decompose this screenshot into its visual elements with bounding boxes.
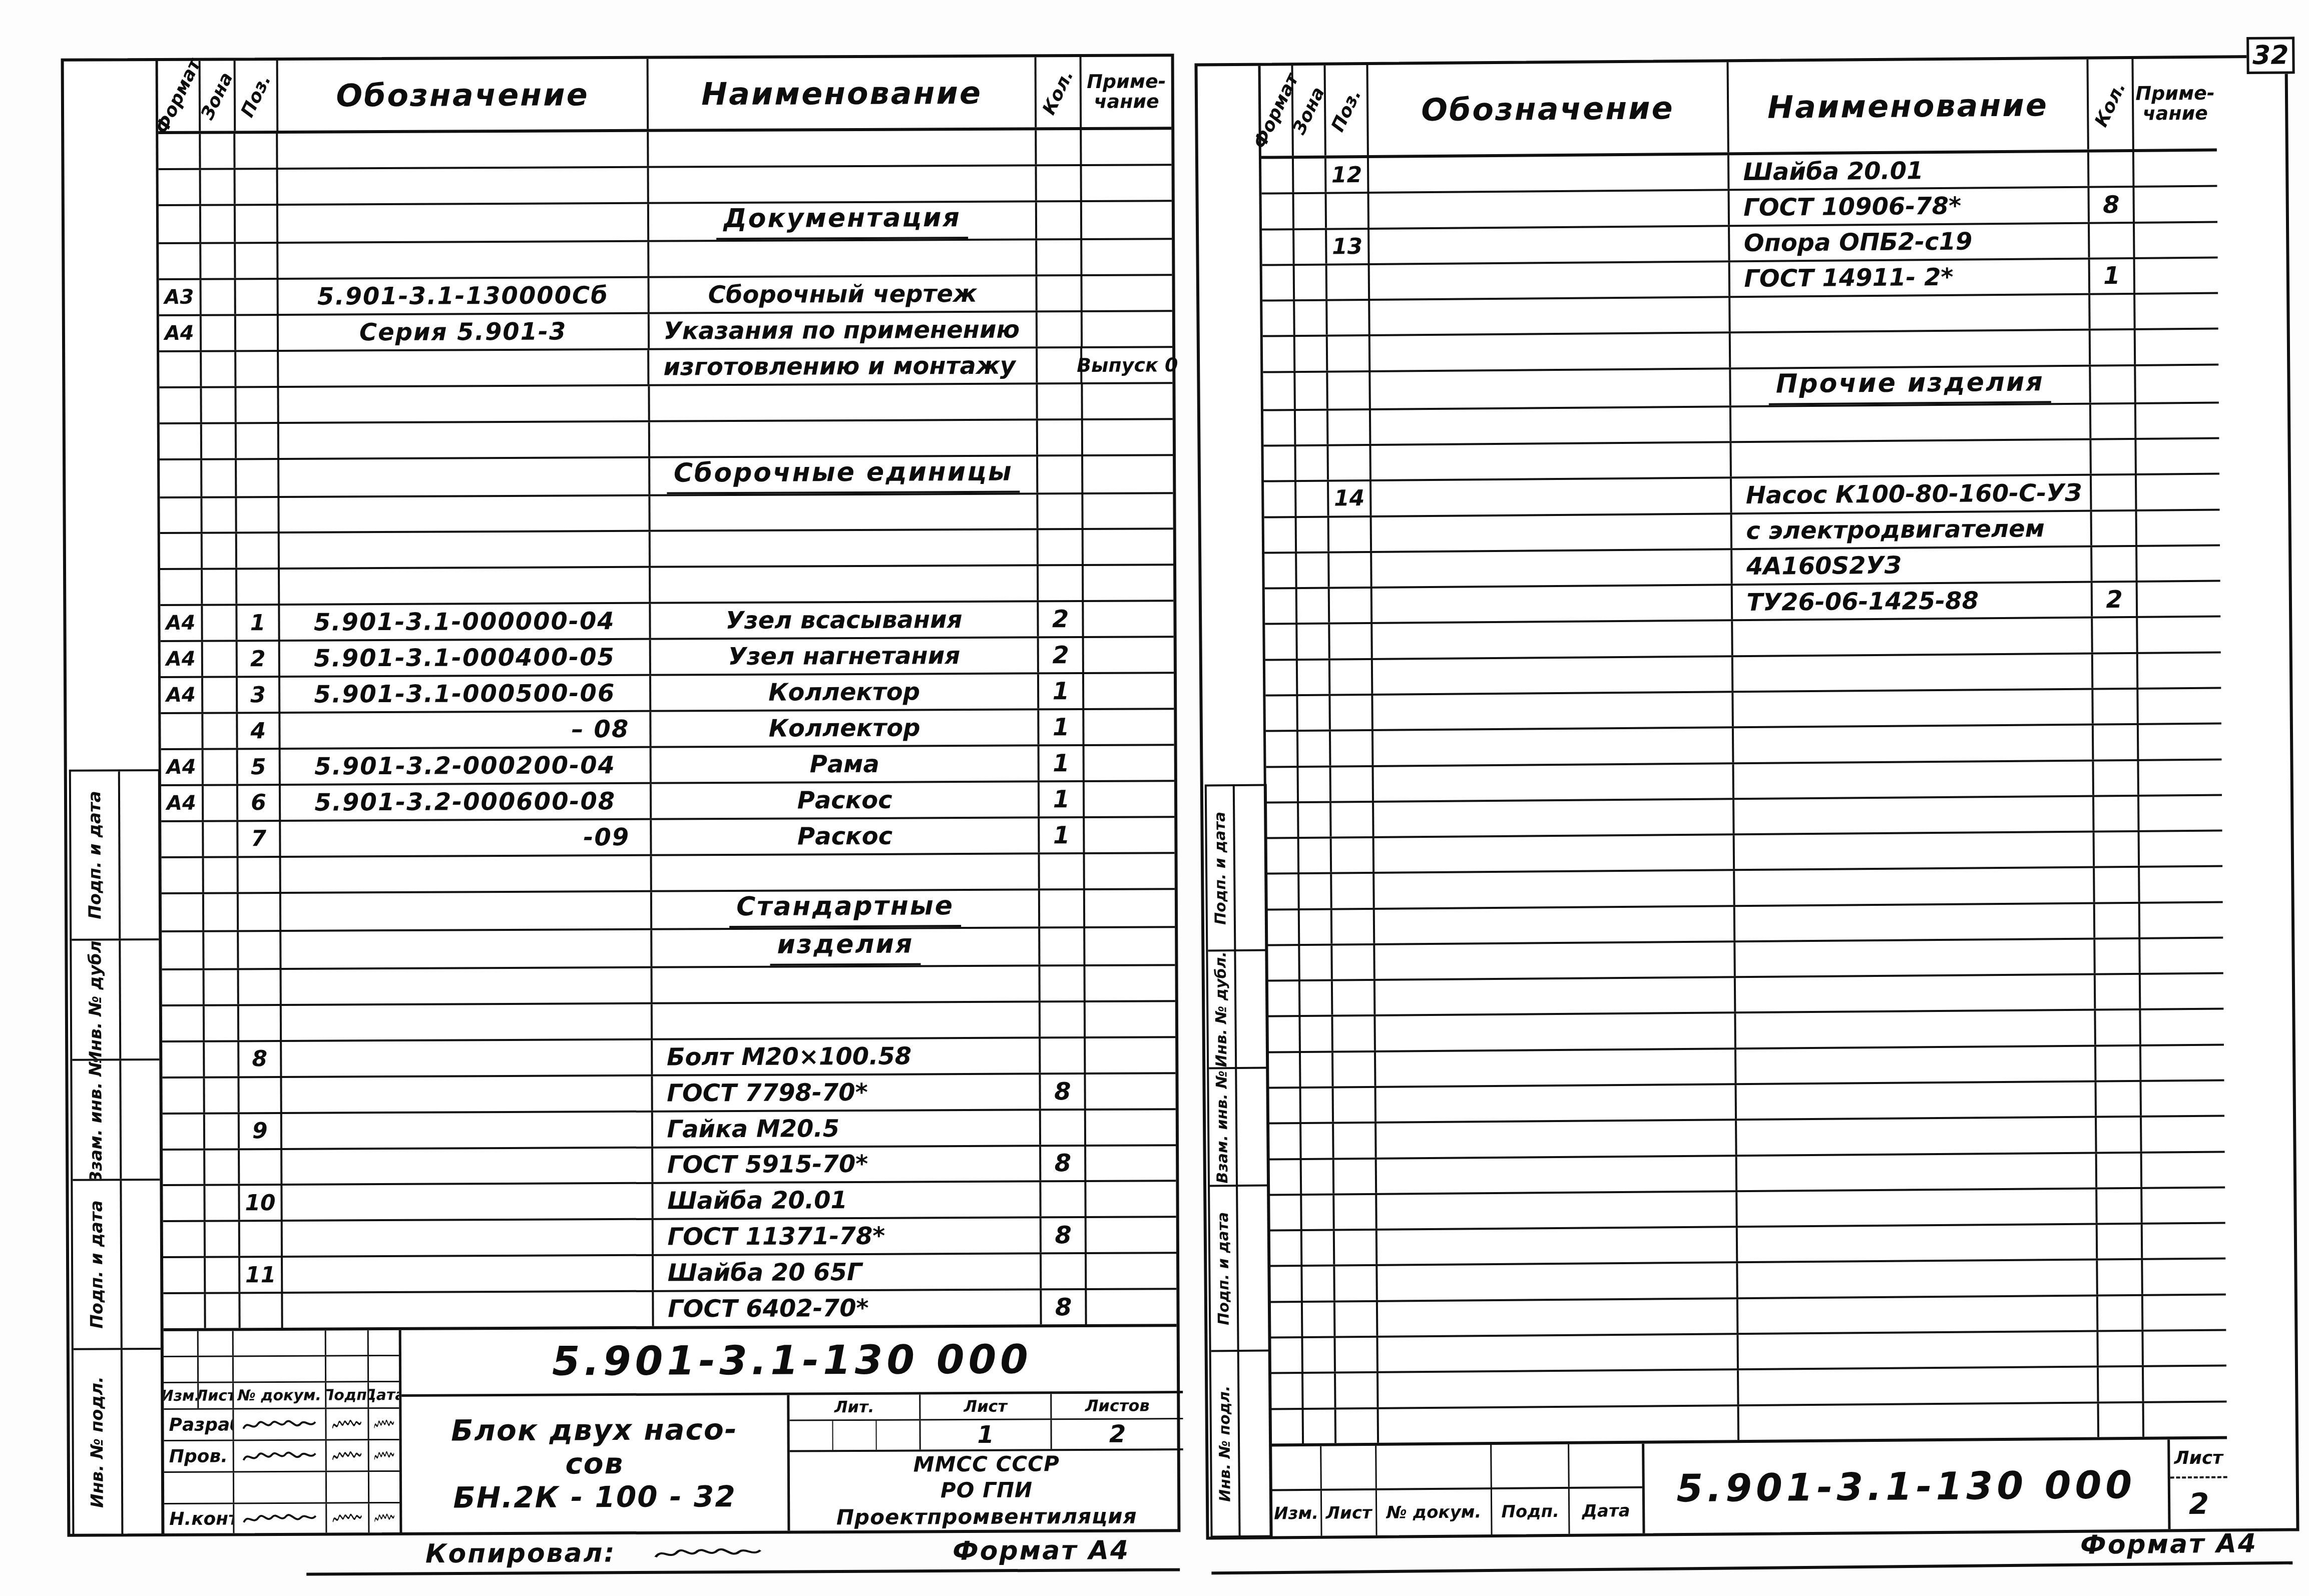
table-cell-f bbox=[161, 822, 204, 856]
right-bottom-block: Изм. Лист № докум. Подп. Дата 5.901-3.1-… bbox=[1271, 1436, 2227, 1536]
table-cell-q bbox=[1041, 966, 1086, 1000]
table-cell-p bbox=[1330, 696, 1373, 730]
table-cell-z bbox=[1295, 337, 1328, 371]
table-cell-o bbox=[2138, 582, 2220, 617]
table-cell-q bbox=[1037, 130, 1082, 164]
table-row bbox=[160, 420, 1173, 460]
table-row bbox=[160, 494, 1173, 535]
change-row bbox=[1271, 1444, 1642, 1491]
table-cell-z bbox=[203, 642, 238, 676]
table-cell-p bbox=[1335, 1338, 1378, 1372]
table-cell-z bbox=[1303, 1338, 1335, 1372]
table-row bbox=[158, 130, 1171, 170]
table-cell-z bbox=[1303, 1302, 1335, 1336]
table-cell-d bbox=[1375, 907, 1735, 943]
table-cell-f bbox=[161, 714, 203, 748]
sheet-label: Лист bbox=[2170, 1439, 2227, 1479]
table-cell-d bbox=[1375, 1014, 1736, 1050]
table-cell-p bbox=[235, 134, 278, 168]
table-cell-p: 12 bbox=[1326, 158, 1369, 192]
table-cell-n: Указания по применению bbox=[649, 312, 1038, 348]
table-cell-p: 10 bbox=[240, 1186, 283, 1220]
header-note: Приме-чание bbox=[2134, 59, 2217, 149]
table-cell-n: ГОСТ 10906-78* bbox=[1729, 188, 2090, 225]
table-cell-d bbox=[1376, 1049, 1736, 1086]
table-row: 10Шайба 20.01 bbox=[163, 1182, 1176, 1223]
table-cell-f bbox=[163, 1150, 205, 1184]
developer-date-scribble bbox=[369, 1409, 399, 1439]
normcontrol-name-scribble bbox=[234, 1504, 327, 1533]
header-designation: Обозначение bbox=[1368, 62, 1729, 155]
table-cell-p bbox=[1328, 372, 1371, 409]
table-cell-q bbox=[2090, 295, 2135, 329]
sidebar-cell: Взам. инв. № bbox=[1209, 1069, 1268, 1187]
table-cell-n bbox=[1735, 868, 2095, 905]
right-frame-sidebar: Подп. и дата Инв. № дубл. Взам. инв. № П… bbox=[1205, 784, 1273, 1538]
left-page-frame: Подп. и дата Инв. № дубл. Взам. инв. № П… bbox=[61, 54, 1181, 1537]
table-cell-q: 2 bbox=[1039, 602, 1084, 636]
table-cell-o bbox=[1084, 530, 1173, 565]
table-cell-q bbox=[1042, 1182, 1087, 1216]
table-cell-d bbox=[1374, 871, 1735, 908]
table-cell-p bbox=[236, 280, 279, 314]
table-cell-f: А4 bbox=[161, 642, 203, 676]
table-cell-d bbox=[1373, 693, 1733, 729]
table-cell-d bbox=[279, 532, 650, 568]
table-cell-n bbox=[1733, 619, 2093, 655]
table-cell-p bbox=[240, 1078, 282, 1112]
table-cell-q: 1 bbox=[1039, 674, 1084, 708]
table-cell-q: 2 bbox=[1039, 638, 1084, 672]
table-cell-z bbox=[202, 388, 237, 422]
table-cell-n: Узел нагнетания bbox=[651, 639, 1039, 674]
table-cell-d bbox=[283, 1256, 654, 1292]
table-cell-q bbox=[2098, 1225, 2143, 1259]
table-cell-p: 2 bbox=[238, 642, 280, 676]
table-cell-f bbox=[1269, 1160, 1302, 1194]
table-cell-o bbox=[1087, 1218, 1176, 1253]
table-cell-p bbox=[1334, 1159, 1377, 1193]
table-cell-o bbox=[1086, 1182, 1176, 1217]
table-cell-f bbox=[162, 1078, 205, 1112]
table-cell-o bbox=[2137, 475, 2219, 509]
table-cell-f bbox=[1264, 554, 1297, 588]
table-cell-z bbox=[201, 280, 236, 314]
table-cell-p bbox=[1328, 410, 1371, 444]
change-header-row: Изм. Лист № докум. Подп. Дата bbox=[1272, 1488, 1643, 1536]
table-row bbox=[159, 384, 1172, 424]
table-cell-f: А4 bbox=[161, 786, 204, 820]
table-cell-n: Коллектор bbox=[651, 710, 1040, 746]
table-cell-n: ГОСТ 14911- 2* bbox=[1730, 259, 2090, 296]
table-cell-f bbox=[160, 424, 202, 458]
table-cell-q: 8 bbox=[1042, 1146, 1087, 1180]
table-cell-p bbox=[1335, 1231, 1377, 1265]
table-cell-o bbox=[2136, 365, 2218, 402]
table-cell-z bbox=[206, 1294, 241, 1328]
sidebar-cell: Подп. и дата bbox=[1210, 1187, 1269, 1352]
table-cell-o bbox=[2142, 1117, 2224, 1152]
table-cell-z bbox=[1302, 1231, 1335, 1265]
document-number: 5.901-3.1-130 000 bbox=[401, 1327, 1183, 1396]
table-cell-z bbox=[205, 1186, 240, 1220]
table-cell-z bbox=[1298, 696, 1330, 730]
table-cell-p bbox=[236, 206, 278, 242]
table-cell-o bbox=[2137, 510, 2220, 545]
table-cell-d bbox=[279, 386, 650, 421]
table-cell-o bbox=[2141, 974, 2223, 1009]
table-cell-d: 5.901-3.2-000200-04 bbox=[280, 748, 651, 784]
table-cell-d bbox=[1375, 978, 1736, 1014]
table-row: изделия bbox=[162, 928, 1175, 970]
table-cell-f bbox=[159, 170, 201, 204]
table-cell-o bbox=[1086, 1038, 1175, 1073]
table-cell-d bbox=[1377, 1157, 1737, 1193]
table-cell-n bbox=[1733, 654, 2093, 691]
table-cell-p bbox=[1329, 517, 1372, 551]
table-cell-z bbox=[205, 1114, 240, 1148]
table-cell-o bbox=[2144, 1402, 2227, 1437]
table-cell-n: ГОСТ 7798-70* bbox=[653, 1075, 1041, 1110]
table-cell-n: ГОСТ 5915-70* bbox=[653, 1147, 1042, 1182]
table-cell-f bbox=[1267, 839, 1299, 873]
table-cell-z bbox=[202, 460, 237, 496]
table-cell-o bbox=[1082, 276, 1172, 310]
table-cell-f bbox=[1270, 1231, 1302, 1265]
sidebar-label: Подп. и дата bbox=[71, 771, 121, 938]
role-row-checker: Пров. bbox=[164, 1440, 399, 1473]
table-cell-d bbox=[278, 168, 649, 204]
developer-signature-scribble bbox=[326, 1409, 369, 1439]
table-cell-p bbox=[1333, 1016, 1375, 1050]
table-row: А455.901-3.2-000200-04Рама1 bbox=[161, 746, 1174, 786]
table-cell-z bbox=[202, 352, 237, 386]
table-cell-p bbox=[237, 424, 279, 458]
table-cell-q: 8 bbox=[1042, 1218, 1087, 1252]
table-cell-z bbox=[1295, 372, 1328, 409]
sidebar-cell: Взам. инв. № bbox=[72, 1060, 160, 1181]
table-cell-n bbox=[1737, 1225, 2098, 1262]
table-cell-n bbox=[1739, 1403, 2099, 1440]
table-cell-q bbox=[2094, 725, 2139, 759]
role-row-normcontrol: Н.контр. bbox=[164, 1503, 399, 1533]
table-cell-p bbox=[239, 1006, 282, 1040]
sidebar-label: Инв. № дубл. bbox=[1208, 951, 1237, 1067]
header-name: Наименование bbox=[1728, 60, 2089, 153]
table-cell-q bbox=[2092, 440, 2137, 474]
table-cell-f bbox=[1269, 1196, 1302, 1230]
table-cell-q: 1 bbox=[2090, 259, 2135, 293]
table-cell-n: Шайба 20.01 bbox=[1729, 153, 2089, 189]
table-cell-n bbox=[1731, 404, 2091, 441]
table-cell-f bbox=[1263, 337, 1295, 371]
table-cell-p: 5 bbox=[238, 750, 281, 784]
table-cell-f bbox=[162, 858, 204, 892]
header-format: Формат bbox=[1260, 66, 1293, 156]
table-cell-z bbox=[1301, 1052, 1333, 1087]
table-cell-o bbox=[1085, 782, 1174, 816]
table-cell-p bbox=[236, 352, 279, 386]
table-cell-z bbox=[1296, 410, 1328, 444]
table-cell-n bbox=[652, 854, 1040, 890]
table-cell-f bbox=[1268, 1017, 1300, 1051]
table-cell-q bbox=[2095, 903, 2140, 937]
table-cell-d: 5.901-3.1-000400-05 bbox=[280, 640, 651, 676]
table-cell-n: Документация bbox=[649, 202, 1038, 240]
table-cell-n bbox=[1738, 1332, 2099, 1369]
table-cell-q bbox=[2092, 475, 2137, 509]
table-cell-d bbox=[1369, 227, 1730, 263]
table-cell-o bbox=[1082, 202, 1172, 238]
table-cell-d bbox=[1371, 478, 1732, 515]
table-cell-d bbox=[1377, 1192, 1737, 1229]
sidebar-box bbox=[121, 940, 159, 1058]
table-cell-f bbox=[1270, 1338, 1303, 1372]
table-cell-q bbox=[1038, 276, 1083, 310]
table-row: 11Шайба 20 65Г bbox=[163, 1254, 1176, 1294]
table-cell-d: – 08 bbox=[280, 712, 651, 748]
table-cell-o bbox=[2139, 796, 2222, 830]
table-cell-o bbox=[2137, 546, 2220, 581]
table-cell-q bbox=[2093, 654, 2138, 688]
role-row-empty bbox=[164, 1472, 399, 1504]
table-cell-z bbox=[204, 858, 239, 892]
table-cell-d bbox=[282, 1004, 653, 1039]
title-block-main: 5.901-3.1-130 000 Блок двух насо- сов БН… bbox=[401, 1327, 1184, 1532]
right-page-frame: 32 Подп. и дата Инв. № дубл. Взам. инв. … bbox=[1194, 55, 2299, 1539]
table-cell-d: 5.901-3.2-000600-08 bbox=[281, 784, 652, 820]
sidebar-cell: Инв. № подл. bbox=[74, 1350, 162, 1534]
header-name: Наименование bbox=[649, 57, 1037, 129]
table-cell-p bbox=[237, 534, 280, 568]
table-cell-d bbox=[1372, 622, 1733, 658]
table-cell-f bbox=[1268, 1053, 1301, 1087]
table-row: 7-09Раскос1 bbox=[161, 818, 1174, 858]
table-cell-o bbox=[2143, 1260, 2225, 1294]
table-cell-n bbox=[652, 966, 1041, 1002]
table-cell-p bbox=[1326, 194, 1369, 228]
table-cell-d bbox=[281, 856, 652, 892]
table-cell-z bbox=[202, 534, 237, 568]
table-cell-d bbox=[1373, 657, 1733, 694]
table-cell-p bbox=[1334, 1195, 1377, 1229]
table-cell-q bbox=[2097, 1189, 2142, 1223]
table-cell-d bbox=[280, 568, 651, 604]
table-cell-p bbox=[1336, 1373, 1378, 1407]
table-cell-n: Рама bbox=[651, 746, 1040, 782]
table-cell-n bbox=[1738, 1261, 2098, 1297]
table-cell-p bbox=[239, 970, 282, 1004]
table-cell-f: А4 bbox=[161, 750, 204, 784]
left-page-footer: Копировал: Формат А4 bbox=[306, 1532, 1180, 1575]
table-cell-d bbox=[1370, 334, 1731, 370]
table-cell-f bbox=[162, 970, 205, 1004]
table-cell-q bbox=[1041, 928, 1086, 964]
sidebar-cell: Инв. № дубл. bbox=[1208, 951, 1267, 1070]
sheets-total: 2 bbox=[1052, 1419, 1183, 1449]
sidebar-cell: Подп. и дата bbox=[71, 771, 159, 941]
table-cell-q: 1 bbox=[1040, 782, 1085, 816]
table-cell-n bbox=[1738, 1296, 2098, 1333]
table-cell-q: 8 bbox=[1041, 1075, 1086, 1109]
sidebar-label: Инв. № подл. bbox=[1211, 1352, 1241, 1535]
sidebar-label: Взам. инв. № bbox=[72, 1060, 122, 1179]
sidebar-box bbox=[1239, 1352, 1271, 1535]
table-cell-q: 8 bbox=[1042, 1290, 1087, 1324]
table-cell-o bbox=[2142, 1188, 2225, 1223]
table-cell-f bbox=[1267, 910, 1300, 944]
table-cell-o bbox=[2140, 938, 2223, 973]
table-cell-p bbox=[237, 388, 279, 422]
table-cell-z bbox=[1294, 230, 1327, 264]
table-cell-q bbox=[2092, 511, 2137, 545]
normcontrol-date-scribble bbox=[369, 1503, 399, 1532]
table-cell-q bbox=[1039, 530, 1084, 564]
table-cell-d bbox=[1377, 1264, 1738, 1300]
table-cell-q bbox=[1038, 240, 1083, 274]
table-cell-f bbox=[1262, 266, 1295, 300]
table-cell-p: 8 bbox=[239, 1042, 282, 1076]
table-cell-d: 5.901-3.1-000500-06 bbox=[280, 676, 651, 712]
table-cell-f bbox=[1262, 301, 1295, 335]
table-cell-q bbox=[2096, 975, 2141, 1009]
table-cell-f bbox=[1265, 625, 1297, 659]
table-cell-p bbox=[1335, 1302, 1378, 1336]
table-row bbox=[159, 166, 1172, 206]
table-cell-f bbox=[160, 460, 202, 496]
table-row: ГОСТ 6402-70*8 bbox=[163, 1290, 1176, 1328]
table-cell-f bbox=[163, 1186, 205, 1220]
table-cell-d bbox=[1371, 514, 1732, 551]
table-cell-f bbox=[1265, 696, 1298, 730]
table-cell-n: Узел всасывания bbox=[651, 603, 1039, 638]
table-cell-d bbox=[282, 1076, 653, 1112]
table-cell-o bbox=[1084, 674, 1174, 708]
table-cell-p: 9 bbox=[240, 1114, 282, 1148]
table-cell-n bbox=[1736, 1046, 2096, 1083]
table-cell-n: Прочие изделия bbox=[1731, 366, 2091, 405]
table-cell-f bbox=[1266, 732, 1298, 766]
table-cell-z bbox=[1295, 265, 1327, 299]
table-cell-o bbox=[2135, 258, 2218, 293]
table-cell-z bbox=[205, 1150, 240, 1184]
table-cell-n bbox=[1737, 1189, 2098, 1226]
table-cell-n bbox=[1731, 440, 2092, 477]
table-cell-f bbox=[1264, 482, 1296, 516]
table-cell-q bbox=[2097, 1153, 2142, 1187]
table-cell-z bbox=[204, 1006, 239, 1040]
sheet-number: 1 bbox=[920, 1420, 1052, 1449]
table-row: Сборочные единицы bbox=[160, 456, 1173, 498]
table-cell-n bbox=[1735, 904, 2095, 940]
table-cell-z bbox=[203, 606, 238, 640]
format-label: Формат А4 bbox=[953, 1535, 1130, 1566]
table-cell-o bbox=[1087, 1254, 1176, 1288]
table-cell-o bbox=[2134, 152, 2217, 186]
header-pos: Поз. bbox=[236, 61, 279, 131]
table-cell-f bbox=[1266, 768, 1299, 802]
table-cell-o bbox=[2138, 618, 2220, 652]
table-cell-p: 13 bbox=[1327, 229, 1369, 263]
table-cell-p bbox=[236, 244, 278, 278]
table-cell-f bbox=[1265, 589, 1297, 623]
lit-value-cells bbox=[789, 1420, 920, 1450]
table-cell-d bbox=[282, 1184, 653, 1220]
table-cell-z bbox=[1301, 1089, 1334, 1123]
table-cell-q bbox=[2091, 404, 2136, 438]
table-cell-z bbox=[1302, 1160, 1334, 1194]
table-cell-p bbox=[241, 1294, 283, 1328]
table-cell-n bbox=[1734, 833, 2095, 869]
table-cell-d bbox=[1369, 155, 1729, 192]
table-cell-o bbox=[1086, 966, 1175, 1000]
table-cell-f bbox=[1267, 946, 1300, 980]
table-cell-p: 1 bbox=[238, 606, 280, 640]
table-cell-p bbox=[237, 459, 279, 495]
sidebar-label: Инв. № подл. bbox=[74, 1350, 124, 1534]
sheet-label: Лист bbox=[920, 1394, 1052, 1419]
sheet-number: 2 bbox=[2170, 1478, 2228, 1529]
table-row: 8Болт М20×100.58 bbox=[162, 1038, 1175, 1079]
table-cell-q bbox=[2096, 1010, 2141, 1044]
table-cell-q bbox=[2091, 366, 2136, 403]
table-row: А415.901-3.1-000000-04Узел всасывания2 bbox=[160, 602, 1173, 642]
table-cell-f bbox=[1266, 803, 1299, 837]
table-cell-o bbox=[1082, 240, 1172, 274]
title-block: Изм. Лист № докум. Подп. Дата Разраб. Пр… bbox=[164, 1324, 1178, 1533]
table-cell-f bbox=[163, 1222, 206, 1256]
sheet-corner-number: 32 bbox=[2246, 37, 2295, 74]
table-cell-q: 1 bbox=[1040, 746, 1085, 780]
table-cell-p bbox=[1331, 803, 1374, 837]
table-cell-d bbox=[283, 1292, 654, 1328]
header-pos: Поз. bbox=[1325, 65, 1368, 156]
table-cell-z bbox=[203, 714, 238, 748]
title-block-signatures: Изм. Лист № докум. Подп. Дата Разраб. Пр… bbox=[164, 1330, 402, 1533]
table-cell-z bbox=[203, 750, 238, 784]
table-cell-n bbox=[1739, 1368, 2099, 1404]
table-cell-f bbox=[162, 1006, 205, 1040]
table-cell-p bbox=[237, 497, 280, 531]
table-cell-f bbox=[162, 894, 204, 930]
table-row: 9Гайка М20.5 bbox=[163, 1110, 1176, 1151]
table-cell-p: 4 bbox=[238, 714, 280, 748]
table-cell-z bbox=[1304, 1409, 1336, 1443]
table-cell-z bbox=[205, 1042, 240, 1076]
table-cell-f bbox=[1265, 661, 1298, 695]
table-cell-f bbox=[1262, 194, 1294, 228]
table-cell-d bbox=[278, 204, 649, 242]
table-cell-q bbox=[1038, 420, 1083, 454]
table-cell-n: Стандартные bbox=[652, 890, 1041, 928]
table-cell-z bbox=[203, 570, 238, 604]
table-cell-n bbox=[1737, 1118, 2097, 1155]
table-cell-q bbox=[2094, 761, 2139, 795]
table-cell-z bbox=[1301, 1124, 1334, 1158]
lit-label: Лит. bbox=[789, 1394, 920, 1419]
table-cell-f: А4 bbox=[161, 678, 203, 712]
table-cell-q: 1 bbox=[1040, 818, 1085, 852]
table-cell-n: Шайба 20 65Г bbox=[654, 1255, 1042, 1290]
table-row: А4Серия 5.901-3Указания по применению bbox=[159, 312, 1172, 352]
table-row: А35.901-3.1-130000СбСборочный чертеж bbox=[159, 276, 1172, 316]
table-cell-q bbox=[2098, 1296, 2143, 1330]
table-cell-o: Выпуск 0 bbox=[1082, 348, 1172, 382]
table-cell-q bbox=[2097, 1082, 2142, 1116]
table-row bbox=[160, 566, 1173, 607]
table-cell-z bbox=[201, 206, 236, 242]
table-cell-q bbox=[2095, 832, 2140, 866]
